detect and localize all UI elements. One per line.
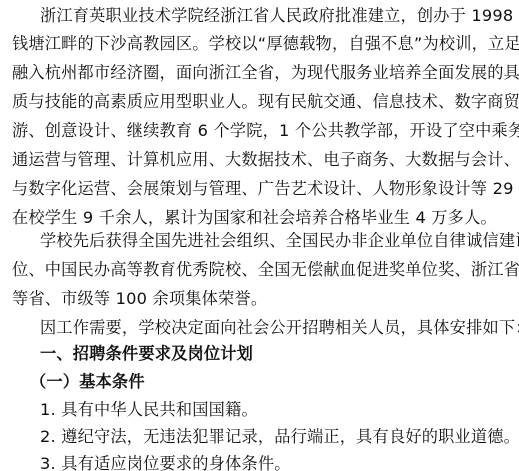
paragraph-line: 等省、市级等 100 余项集体荣誉。 — [12, 285, 267, 313]
paragraph-line: 学校先后获得全国先进社会组织、全国民办非企业单位自律诚信建设先进单 — [40, 227, 519, 255]
list-item: 3. 具有适应岗位要求的身体条件。 — [40, 450, 291, 471]
list-item: 2. 遵纪守法，无违法犯罪记录，品行端正，具有良好的职业道德。 — [40, 423, 519, 451]
paragraph-line: 游、创意设计、继续教育 6 个学院，1 个公共教学部，开设了空中乘务、轨道交 — [12, 117, 519, 145]
list-item: 1. 具有中华人民共和国国籍。 — [40, 396, 258, 424]
section-heading: 一、招聘条件要求及岗位计划 — [40, 340, 253, 368]
paragraph-line: 位、中国民办高等教育优秀院校、全国无偿献血促进奖单位奖、浙江省文明单位 — [12, 256, 519, 284]
paragraph-line: 融入杭州都市经济圈，面向浙江全省，为现代服务业培养全面发展的具有优势品 — [12, 59, 519, 87]
paragraph-line: 质与技能的高素质应用型职业人。现有民航交通、信息技术、数字商贸、智慧旅 — [12, 88, 519, 116]
paragraph-line: 通运营与管理、计算机应用、大数据技术、电子商务、大数据与会计、酒店管理 — [12, 146, 519, 174]
paragraph-line: 因工作需要，学校决定面向社会公开招聘相关人员，具体安排如下： — [40, 314, 519, 342]
document-page: 浙江育英职业技术学院经浙江省人民政府批准建立，创办于 1998 年，地处 钱塘江… — [0, 0, 519, 471]
subsection-heading: （一）基本条件 — [30, 368, 145, 396]
paragraph-line: 钱塘江畔的下沙高教园区。学校以“厚德载物，自强不息”为校训，立足钱塘区， — [12, 30, 519, 58]
paragraph-line: 浙江育英职业技术学院经浙江省人民政府批准建立，创办于 1998 年，地处 — [40, 2, 519, 30]
paragraph-line: 与数字化运营、会展策划与管理、广告艺术设计、人物形象设计等 29 个专业， — [12, 175, 519, 203]
